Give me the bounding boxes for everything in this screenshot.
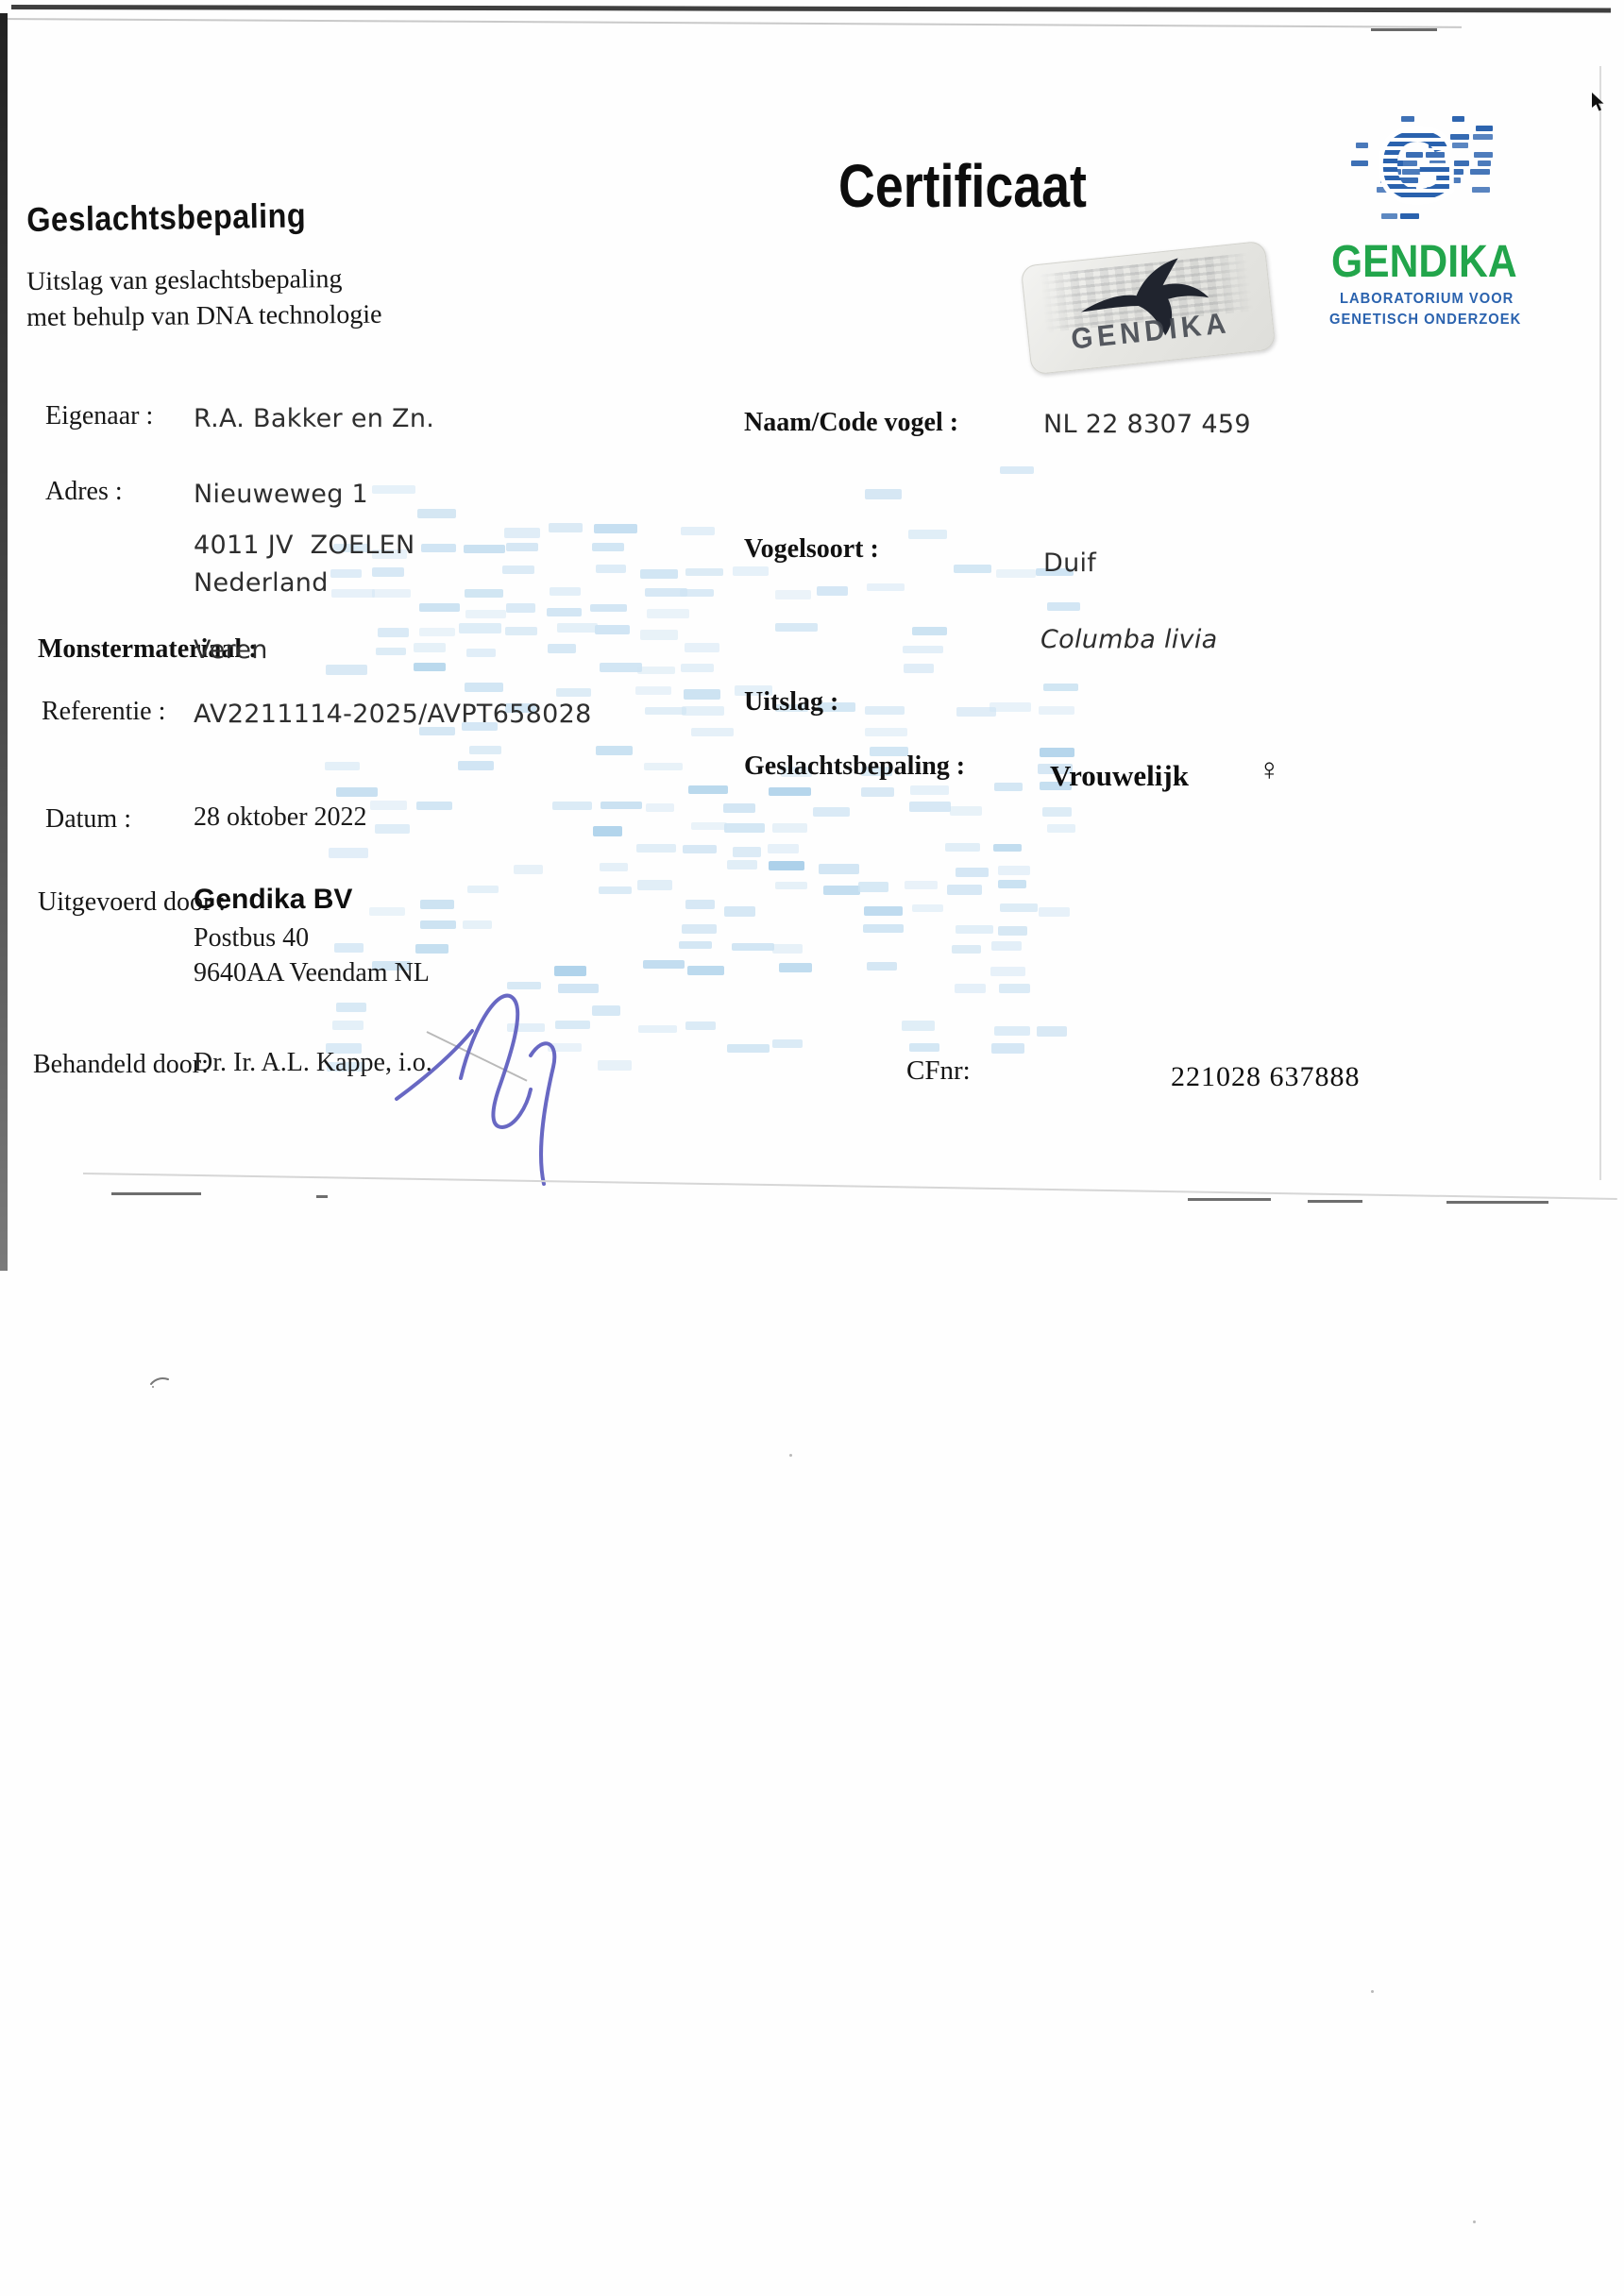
field-value-adres-line2: 4011 JV ZOELEN — [194, 531, 415, 560]
field-label-eigenaar: Eigenaar : — [45, 401, 153, 431]
document-subtitle-line1: Uitslag van geslachtsbepaling — [26, 264, 343, 297]
field-value-adres-line3: Nederland — [194, 568, 329, 598]
certificate-page: Geslachtsbepaling Uitslag van geslachtsb… — [0, 0, 1624, 2296]
signature — [370, 965, 578, 1196]
logo-tagline-line1: LABORATORIUM VOOR — [1340, 291, 1514, 308]
field-value-datum: 28 oktober 2022 — [194, 802, 367, 833]
paper-left-edge — [0, 13, 8, 1271]
field-value-referentie: AV2211114-2025/AVPT658028 — [194, 700, 592, 729]
field-label-behandeld-door: Behandeld door: — [33, 1050, 209, 1080]
scan-speck — [1473, 2220, 1476, 2223]
female-symbol: ♀ — [1258, 753, 1281, 788]
document-heading: Geslachtsbepaling — [26, 195, 306, 240]
paper-bottom-edge-dash — [1446, 1201, 1548, 1204]
field-label-adres: Adres : — [45, 477, 123, 507]
field-value-uitgevoerd-door-line2: Postbus 40 — [194, 923, 309, 954]
paper-top-edge-shadow — [0, 18, 1462, 28]
mouse-cursor-icon — [1592, 93, 1606, 117]
paper-bottom-edge — [83, 1173, 1617, 1200]
scan-artifact — [1371, 28, 1437, 31]
field-label-naam-code-vogel: Naam/Code vogel : — [744, 408, 958, 438]
document-subtitle-line2: met behulp van DNA technologie — [26, 300, 382, 333]
field-value-uitgevoerd-door-line1: Gendika BV — [194, 884, 352, 916]
field-label-cfnr: CFnr: — [906, 1055, 971, 1087]
field-value-geslachtsbepaling: Vrouwelijk — [1050, 759, 1189, 793]
paper-bottom-edge-dash — [111, 1192, 201, 1195]
logo-g-letter: G — [1331, 108, 1503, 225]
field-value-adres-line1: Nieuweweg 1 — [194, 480, 368, 509]
field-value-naam-code-vogel: NL 22 8307 459 — [1043, 410, 1251, 439]
paper-bottom-edge-dash — [1308, 1200, 1362, 1203]
paper-right-edge — [1599, 66, 1601, 1180]
paper-top-edge — [11, 5, 1611, 13]
paper-bottom-edge-dash — [316, 1195, 328, 1198]
field-value-cfnr: 221028 637888 — [1171, 1061, 1361, 1093]
field-value-species: Columba livia — [1040, 625, 1217, 654]
field-label-datum: Datum : — [45, 804, 131, 835]
field-label-referentie: Referentie : — [42, 697, 165, 727]
field-value-eigenaar: R.A. Bakker en Zn. — [194, 404, 434, 433]
scan-speck — [789, 1454, 792, 1457]
field-label-vogelsoort: Vogelsoort : — [744, 534, 879, 565]
field-value-vogelsoort: Duif — [1043, 549, 1096, 578]
scan-speck — [1371, 1990, 1374, 1993]
certificate-title: Certificaat — [838, 151, 1087, 221]
field-value-monstermateriaal: Veren — [194, 635, 268, 665]
scan-mark — [149, 1375, 170, 1394]
paper-bottom-edge-dash — [1188, 1198, 1271, 1201]
field-label-uitslag: Uitslag : — [744, 687, 838, 717]
field-label-geslachtsbepaling: Geslachtsbepaling : — [744, 751, 965, 782]
hologram-sticker: GENDIKA — [1021, 241, 1277, 376]
gendika-logo-icon: G G — [1331, 108, 1503, 225]
logo-tagline-line2: GENETISCH ONDERZOEK — [1329, 312, 1521, 329]
logo-brand-text: GENDIKA — [1331, 236, 1517, 288]
